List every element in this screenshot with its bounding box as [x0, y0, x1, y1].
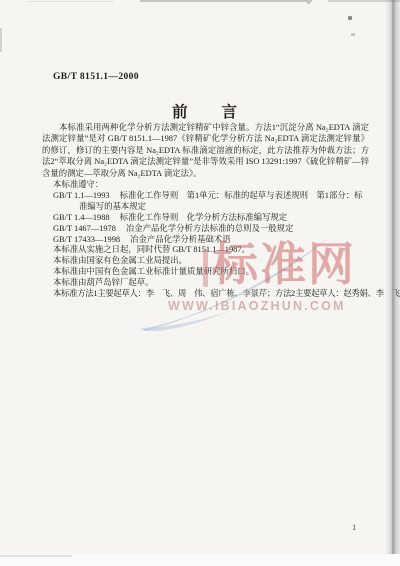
page-number: 1 [352, 522, 356, 532]
document-page: GB/T 8151.1—2000 前 言 本标准采用两种化学分析方法测定锌精矿中… [0, 0, 400, 566]
scan-artifact-right-edge [385, 0, 400, 566]
foreword-paragraph: 本标准采用两种化学分析方法测定锌精矿中锌含量。方法1“沉淀分离 Na₂EDTA … [42, 122, 369, 179]
foreword-statement: 本标准由国家有色金属工业局提出。 [53, 256, 369, 267]
reference-code: GB/T 17433—1998 [53, 235, 120, 244]
foreword-statement-drafters: 本标准方法1主要起草人：李 飞、周 伟、宿广栋、李景芹；方法2主要起草人：赵秀娟… [53, 289, 369, 300]
reference-item: GB/T 1467—1978冶金产品化学分析方法标准的总则及一般规定 [42, 224, 369, 235]
reference-code: GB/T 1.1—1993 [53, 191, 110, 200]
scan-speck [351, 33, 355, 36]
scan-artifact-bottom-smudge [0, 555, 72, 557]
scan-artifact-left-edge [0, 28, 2, 52]
reference-item: GB/T 17433—1998冶金产品化学分析基础术语 [42, 235, 369, 246]
foreword-statement: 本标准从实施之日起，同时代替 GB/T 8151.1—1987。 [53, 245, 369, 256]
foreword-statement: 本标准由葫芦岛锌厂起草。 [53, 278, 369, 289]
page-title: 前 言 [42, 100, 368, 122]
scan-artifact-top-edge [140, 0, 312, 2]
foreword-content: 本标准采用两种化学分析方法测定锌精矿中锌含量。方法1“沉淀分离 Na₂EDTA … [42, 122, 369, 300]
reference-code: GB/T 1467—1978 [53, 224, 116, 233]
reference-title: 冶金产品化学分析基础术语 [130, 235, 231, 244]
scan-artifact-top-edge [28, 1, 114, 2]
scan-speck [348, 16, 352, 20]
foreword-statement: 本标准由中国有色金属工业标准计量质量研究所归口。 [53, 267, 369, 278]
reference-title: 标准化工作导则 化学分析方法标准编写规定 [120, 213, 288, 222]
standard-code: GB/T 8151.1—2000 [53, 72, 139, 82]
reference-title: 标准化工作导则 第1单元：标准的起草与表述规则 第1部分：标准编写的基本规定 [79, 191, 363, 211]
watermark-url: WWW.IBIAOZHUN.COM [168, 299, 346, 313]
scan-speck [307, 2, 310, 4]
scan-artifact-bottom-edge [0, 554, 400, 566]
reference-item: GB/T 1.4—1988标准化工作导则 化学分析方法标准编写规定 [42, 213, 369, 224]
reference-code: GB/T 1.4—1988 [53, 213, 110, 222]
scan-artifact-right-edge-line [392, 0, 394, 566]
compliance-intro: 本标准遵守： [53, 180, 369, 191]
reference-item: GB/T 1.1—1993标准化工作导则 第1单元：标准的起草与表述规则 第1部… [42, 191, 369, 213]
reference-title: 冶金产品化学分析方法标准的总则及一般规定 [126, 224, 294, 233]
scan-artifact-top-edge [328, 0, 400, 2]
